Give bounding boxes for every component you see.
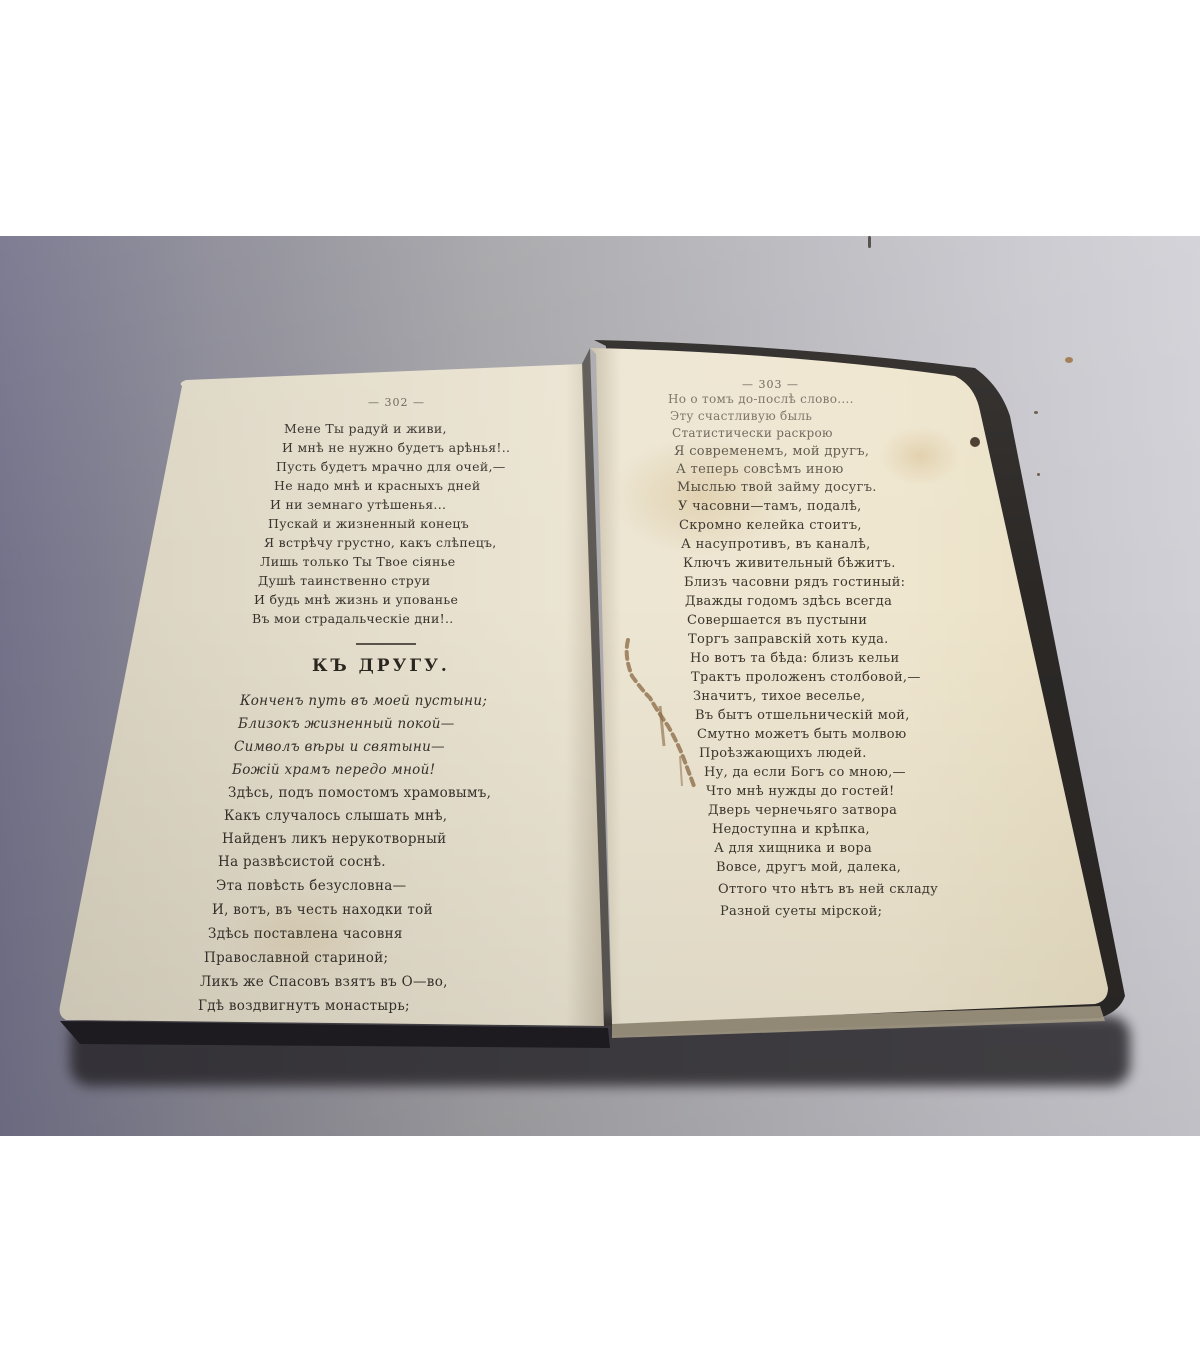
debris-speck bbox=[1065, 357, 1073, 363]
poem-line: Лишь только Ты Твое сіянье bbox=[260, 554, 455, 569]
poem-line: Православной стариной; bbox=[204, 950, 388, 966]
poem-line: Мыслью твой займу досугъ. bbox=[677, 480, 877, 495]
poem-line: Не надо мнѣ и красныхъ дней bbox=[274, 478, 481, 493]
poem-line: Но о томъ до-послѣ слово.... bbox=[668, 392, 854, 406]
poem-line: Пусть будетъ мрачно для очей,— bbox=[276, 459, 506, 474]
poem-heading: КЪ ДРУГУ. bbox=[312, 656, 450, 676]
poem-line: Символъ вѣры и святыни— bbox=[234, 739, 445, 755]
poem-line: Разной суеты мірской; bbox=[720, 904, 882, 919]
poem-line: Значитъ, тихое веселье, bbox=[693, 689, 865, 704]
poem-line: Вовсе, другъ мой, далека, bbox=[716, 860, 901, 875]
poem-line: Торгъ заправскій хоть куда. bbox=[688, 632, 889, 647]
poem-line: Смутно можетъ быть молвою bbox=[697, 727, 906, 742]
poem-line: Что мнѣ нужды до гостей! bbox=[706, 784, 895, 799]
poem-line: Но вотъ та бѣда: близъ кельи bbox=[690, 651, 900, 666]
poem-line: Ну, да если Богъ со мною,— bbox=[704, 765, 906, 780]
poem-line: Недоступна и крѣпка, bbox=[712, 822, 870, 837]
poem-line: Гдѣ воздвигнутъ монастырь; bbox=[198, 998, 410, 1014]
poem-line: Эта повѣсть безусловна— bbox=[216, 878, 406, 894]
poem-line: И мнѣ не нужно будетъ арѣнья!.. bbox=[282, 440, 510, 455]
poem-line: Проѣзжающихъ людей. bbox=[699, 746, 867, 761]
poem-line: Дважды годомъ здѣсь всегда bbox=[685, 594, 892, 609]
book-photograph: — 302 — Мене Ты радуй и живи, И мнѣ не н… bbox=[0, 236, 1200, 1136]
poem-line: А насупротивъ, въ каналѣ, bbox=[681, 537, 871, 552]
handwritten-inscription bbox=[620, 636, 710, 796]
poem-line: А теперь совсѣмъ иною bbox=[676, 462, 844, 477]
poem-line: Оттого что нѣтъ въ ней складу bbox=[718, 882, 938, 897]
poem-line: У часовни—тамъ, подалѣ, bbox=[678, 499, 862, 514]
poem-line: Трактъ проложенъ столбовой,— bbox=[691, 670, 921, 685]
poem-line: Эту счастливую быль bbox=[670, 409, 812, 423]
poem-line: Конченъ путь въ моей пустыни; bbox=[240, 693, 487, 709]
left-page-number: — 302 — bbox=[368, 396, 425, 409]
poem-line: Я встрѣчу грустно, какъ слѣпецъ, bbox=[264, 535, 497, 550]
debris-speck bbox=[1037, 473, 1040, 476]
poem-line: Пускай и жизненный конецъ bbox=[268, 516, 469, 531]
poem-line: Близокъ жизненный покой— bbox=[238, 716, 455, 732]
poem-line: Мене Ты радуй и живи, bbox=[284, 421, 447, 436]
debris-speck bbox=[868, 236, 871, 248]
poem-line: Ключъ живительный бѣжитъ. bbox=[683, 556, 896, 571]
poem-line: Въ бытъ отшельническій мой, bbox=[695, 708, 910, 723]
poem-line: Найденъ ликъ нерукотворный bbox=[222, 831, 446, 847]
poem-line: Ликъ же Спасовъ взятъ въ О—во, bbox=[200, 974, 448, 990]
right-page-number: — 303 — bbox=[742, 378, 799, 391]
poem-line: Здѣсь, подъ помостомъ храмовымъ, bbox=[228, 785, 491, 801]
section-divider bbox=[356, 643, 416, 645]
poem-line: Близъ часовни рядъ гостиный: bbox=[684, 575, 905, 590]
poem-line: Я современемъ, мой другъ, bbox=[674, 444, 869, 459]
poem-line: Дверь чернечьяго затвора bbox=[708, 803, 897, 818]
poem-line: И ни земнаго утѣшенья... bbox=[270, 497, 446, 512]
poem-line: Совершается въ пустыни bbox=[687, 613, 867, 628]
poem-line: Статистически раскрою bbox=[672, 426, 833, 440]
poem-line: Скромно келейка стоитъ, bbox=[679, 518, 862, 533]
poem-line: И будь мнѣ жизнь и упованье bbox=[254, 592, 458, 607]
poem-line: Душѣ таинственно струи bbox=[258, 573, 430, 588]
open-book bbox=[0, 236, 1200, 1136]
poem-line: И, вотъ, въ честь находки той bbox=[212, 902, 433, 918]
poem-line: А для хищника и вора bbox=[714, 841, 872, 856]
poem-line: Въ мои страдальческіе дни!.. bbox=[252, 611, 454, 626]
poem-line: Здѣсь поставлена часовня bbox=[208, 926, 403, 942]
poem-line: На развѣсистой соснѣ. bbox=[218, 854, 386, 870]
poem-line: Какъ случалось слышать мнѣ, bbox=[224, 808, 447, 824]
poem-line: Божій храмъ передо мной! bbox=[232, 762, 435, 778]
debris-speck bbox=[1034, 411, 1038, 414]
